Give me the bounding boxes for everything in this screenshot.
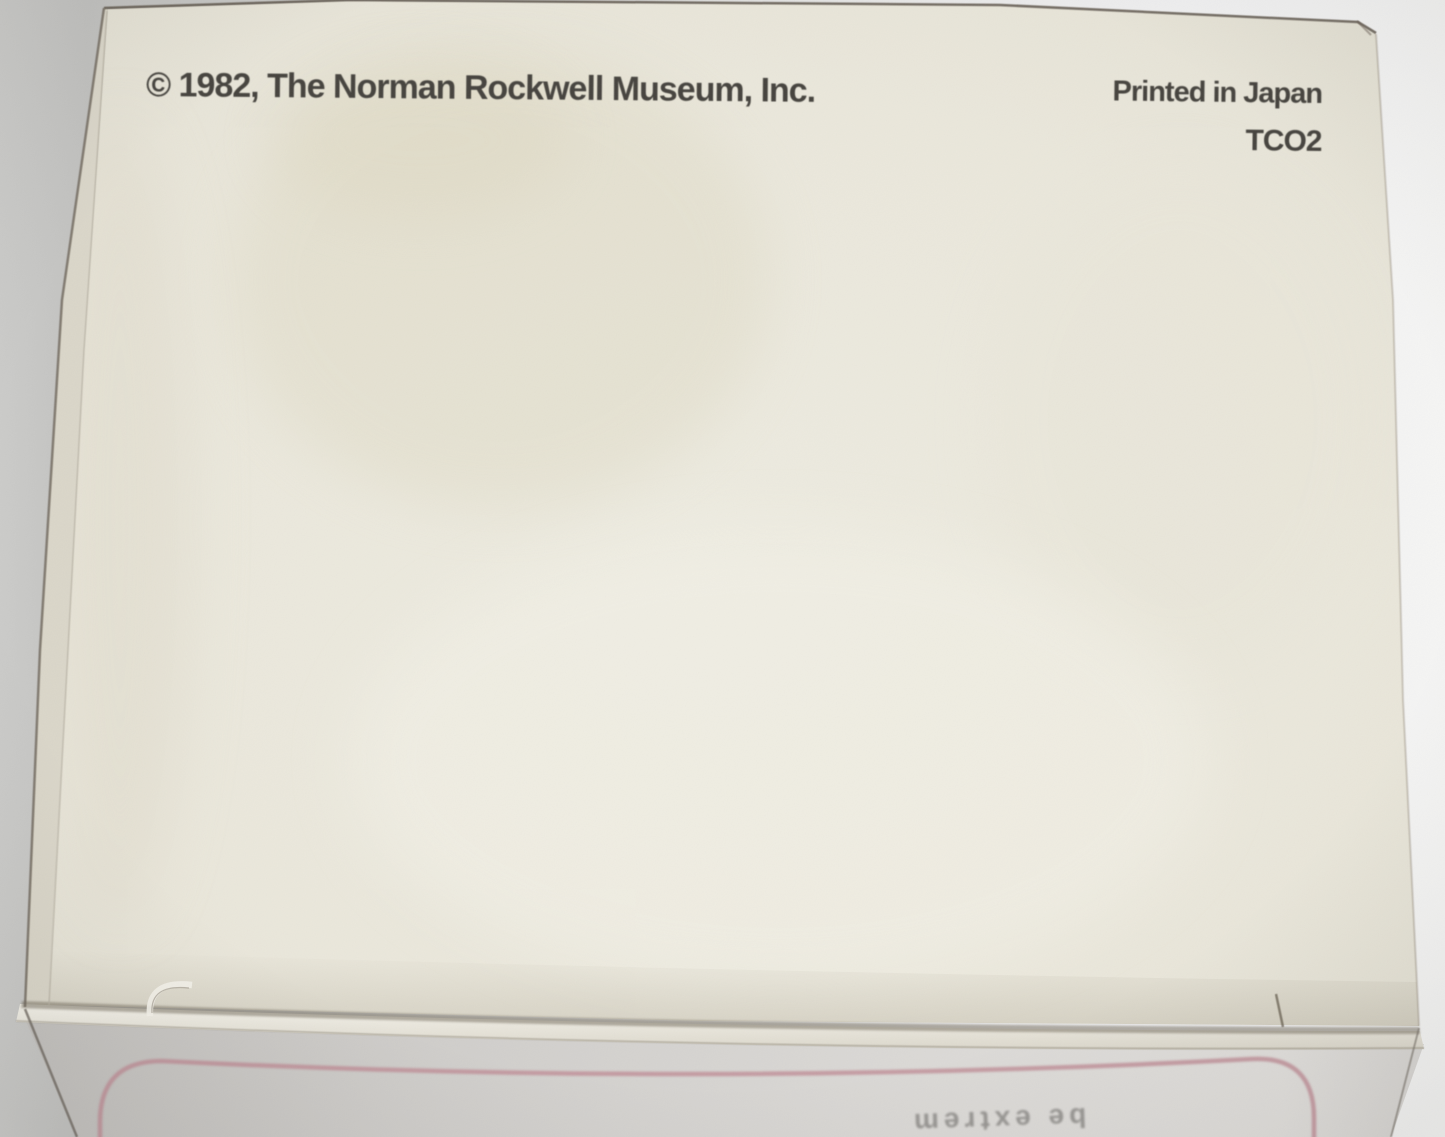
photo-vignette-overlay bbox=[0, 0, 1445, 1137]
box-photo-scene: © 1982, The Norman Rockwell Museum, Inc.… bbox=[0, 0, 1445, 1137]
box-photo: © 1982, The Norman Rockwell Museum, Inc.… bbox=[0, 0, 1445, 1137]
